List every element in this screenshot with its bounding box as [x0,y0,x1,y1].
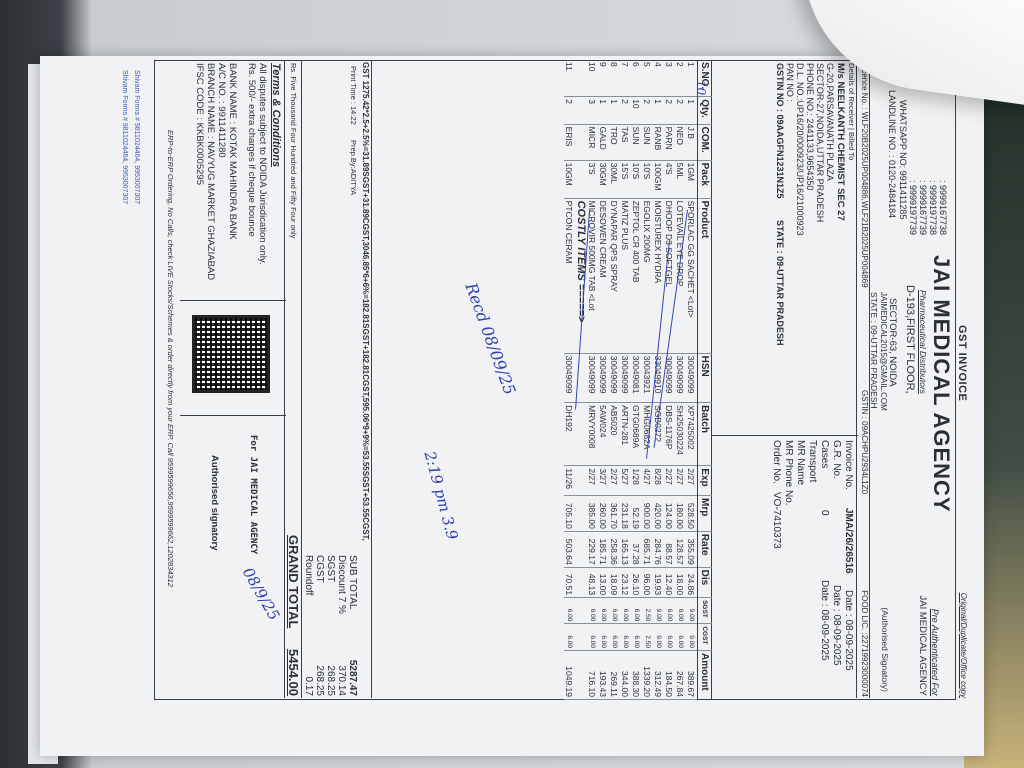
cell-qty: 2 [564,97,575,124]
erp-note: ERP-to-ERP Ordering, No Calls, check LIV… [166,130,175,587]
cell-amount: 388.30 [631,650,642,699]
table-row: 11J.B1GMSPORLAC GG SACHET <Lot>30049099X… [686,60,698,700]
cell-com: RANB [653,124,664,160]
receiver-label: Details of Receiver | Billed To [847,63,856,160]
cell-amount: 389.67 [686,650,698,699]
copy-label: Original/Duplicate/Office copy [959,593,968,698]
cell-sgst: 9.00 [686,598,698,624]
cell-cgst [575,624,587,651]
authorised-signatory: Authorised signatory [209,455,220,551]
bank-details: BANK NAME : KOTAK MAHINDRA BANK A/C NO. … [194,63,238,280]
cell-exp: 2/27 [664,466,675,496]
cell-rate: 165.13 [620,531,631,567]
cell-com: SUN [642,124,653,160]
cell-sgst: 6.00 [620,598,631,624]
cell-sno: 7 [620,60,631,97]
cell-exp: 5/27 [620,466,631,496]
cell-amount: 1049.19 [564,650,575,699]
cell-batch: AB5020 [609,403,620,466]
cell-sgst: 6.00 [598,598,609,624]
cell-sgst [575,598,587,624]
cell-cgst: 9.00 [686,624,698,651]
cell-sno [575,60,587,97]
cell-exp: 1/28 [631,466,642,496]
receiver-gstin: GSTIN NO : 09AAGFN1231N1Z5 [775,63,785,199]
cell-pack: 4'S [664,160,675,198]
cell-dis: 96.00 [642,567,653,597]
cell-rate: 258.36 [609,531,620,567]
company-email: JAIMEDICAL2015@GMAIL.COM [879,292,888,411]
receiver-dl-no: D.L. NO.:UP16/20/000923/UP16/21000923 [795,63,805,236]
invoice-date: Date : 08-09-2025 [843,590,854,671]
cell-hsn: 30049099 [620,353,631,403]
cell-batch: DH192 [564,403,575,466]
address-line1: D-193,FIRST FLOOR, [904,285,916,394]
doc-type: GST INVOICE [956,325,968,401]
cell-qty: 2 [675,97,686,124]
table-row: 22NEO5MLLOTEVAIL EYE DROP30049099SH25030… [675,60,686,700]
cell-exp: 2/27 [587,466,598,496]
cell-dis: 26.10 [631,567,642,597]
phone-3: : 9999167739 [918,180,928,235]
table-header-row: S.NO. Qty. COM. Pack Product HSN Batch E… [698,60,712,700]
cell-sno: 4 [653,60,664,97]
cell-cgst: 6.00 [587,624,598,651]
cell-dis: 24.86 [686,567,698,597]
col-sgst: SGST [698,598,712,624]
authorised-signatory-note: (Authorised Signatory) [880,607,890,692]
cell-sno: 6 [631,60,642,97]
pre-auth-name: JAI MEDICAL AGENCY [917,596,928,696]
cell-com: GALD [598,124,609,160]
col-dis: Dis [698,567,712,597]
invoice-no: JMA/26/26516 [843,508,854,574]
cell-hsn: 30049099 [598,353,609,403]
cases-date: Date : 08-09-2025 [819,580,830,661]
cell-com: TRO [609,124,620,160]
terms-line-2: Rs. 500/- extra charges if cheque bounce [246,63,257,237]
cell-dis [575,567,587,597]
table-row: 72TAS15'SMATIZ PLUS30049099ARTN-2815/272… [620,60,631,700]
cell-dis: 70.51 [564,567,575,597]
receiver-address1: G-20,PARSAVANATH PLAZA [825,63,835,181]
totals-labels: SUB TOTAL Discount 7 % SGST CGST Roundof… [303,555,358,614]
col-amount: Amount [698,650,712,699]
cell-rate: 185.71 [598,531,609,567]
gr-date: Date : 08-09-2025 [831,585,842,666]
cell-product: DESOWEN CREAM [598,198,609,353]
cell-exp: 2/27 [675,466,686,496]
cell-pack: 100GM [653,160,664,198]
cell-sno: 10 [587,60,598,97]
cell-com: SUN [631,124,642,160]
col-exp: Exp [698,466,712,496]
cell-amount: 184.50 [664,650,675,699]
cell-rate: 284.76 [653,531,664,567]
handwritten-qty-note: 10 [694,80,708,95]
cell-com: TAS [620,124,631,160]
cell-pack: 10GM [564,160,575,198]
licence-no: Licence No. : WLF20B2025UP004886,WLF21B2… [860,63,869,288]
cell-mrp: 231.18 [620,495,631,531]
cell-sgst: 9.00 [653,598,664,624]
cell-cgst: 6.00 [631,624,642,651]
cell-sgst: 6.00 [631,598,642,624]
cell-batch [575,403,587,466]
whatsapp-row: WHATSAPP NO: 9911411285 [898,100,908,219]
cell-mrp [575,495,587,531]
col-rate: Rate [698,531,712,567]
receiver-state: STATE : 09-UTTAR PRADESH [775,220,785,346]
cell-hsn: 30049099 [675,353,686,403]
cell-rate: 128.57 [675,531,686,567]
cell-cgst: 9.00 [653,624,664,651]
cell-qty: 1 [598,97,609,124]
cell-amount: 716.10 [587,650,598,699]
cell-exp: 4/27 [642,466,653,496]
items-table: S.NO. Qty. COM. Pack Product HSN Batch E… [564,60,712,700]
cell-sgst: 6.00 [564,598,575,624]
cell-product: PTCON CERAM [564,198,575,353]
cell-dis: 18.09 [609,567,620,597]
cell-batch: MRVY0008 [587,403,598,466]
cell-rate: 355.09 [686,531,698,567]
cell-rate: 88.57 [664,531,675,567]
payment-qr-code [192,315,270,393]
terms-line-1: All disputes subject to NOIDA Jurisdicat… [257,63,268,265]
cell-batch: SH25030224 [675,403,686,466]
grand-total-value: 5454.00 [286,649,301,696]
cell-mrp: 52.19 [631,495,642,531]
sign-divider [180,415,286,416]
col-pack: Pack [698,160,712,198]
cell-batch: GTG0689A [631,403,642,466]
order-no: VO-7410373 [771,492,782,549]
grand-total-label: GRAND TOTAL [286,535,301,628]
cell-pack: 30GM [598,160,609,198]
cell-sgst: 6.00 [675,598,686,624]
cell-cgst: 6.00 [620,624,631,651]
cell-pack: 1GM [686,160,698,198]
table-empty-area [371,60,550,698]
cell-sno: 9 [598,60,609,97]
cell-cgst: 6.00 [675,624,686,651]
cell-qty: 1 [686,97,698,124]
pre-auth-label: Pre Authenticated For [930,609,940,696]
cell-mrp: 900.00 [642,495,653,531]
cell-pack: 3'S [587,160,598,198]
cell-dis: 23.12 [620,567,631,597]
cell-product: ZEPTOL CR 400 TAB [631,198,642,353]
gst-invoice: GST INVOICE Original/Duplicate/Office co… [90,60,970,700]
cell-cgst: 6.00 [564,624,575,651]
cell-qty: 10 [631,97,642,124]
cell-com: J.B [686,124,698,160]
food-licence: FOOD LIC. :22719923000074 [860,590,869,697]
cases-value: 0 [819,510,830,516]
col-mrp: Mrp [698,495,712,531]
cell-com: ERIS [564,124,575,160]
cell-amount: 193.43 [598,650,609,699]
cell-rate: 229.17 [587,531,598,567]
table-row: 52SUN10'SEGOLIX 200MG30043921MHG0682A4/2… [642,60,653,700]
cell-hsn: 30049099 [587,353,598,403]
receiver-address2: SECTOR-27,NOIDA,UTTAR PRADESH [815,63,825,222]
cell-com: MICR [587,124,598,160]
phone-4: : 9999197739 [908,180,918,235]
col-qty: Qty. [698,97,712,124]
cell-rate: 503.64 [564,531,575,567]
cell-sno: 5 [642,60,653,97]
table-row: 32PARN4'SDHOOP D3 SOFTGEL30049099DBS-117… [664,60,675,700]
cell-qty [575,97,587,124]
cell-rate: 37.28 [631,531,642,567]
cell-com: PARN [664,124,675,160]
cell-amount: 267.84 [675,650,686,699]
cell-qty: 2 [664,97,675,124]
printer-credit-2: Shivam Forms # 9811024464, 9953007307 [121,70,128,204]
phone-1: : 9999167738 [938,180,948,235]
table-row: 103MICR3'SMICROVIR 500MG TAB <Lot3004909… [587,60,598,700]
col-com: COM. [698,124,712,160]
cell-pack: 30ML [609,160,620,198]
cell-exp: 11/26 [564,466,575,496]
totals-values: 5287.47 370.14 268.25 268.25 0.17 [303,660,358,696]
cell-mrp: 260.00 [598,495,609,531]
cell-hsn: 30049099 [609,353,620,403]
cell-mrp: 124.00 [664,495,675,531]
cell-rate: 685.71 [642,531,653,567]
cell-batch: ARTN-281 [620,403,631,466]
cell-amount: 1339.20 [642,650,653,699]
receiver-pan: PAN NO : [785,63,795,102]
cell-batch: 5AW024 [598,403,609,466]
cell-hsn: 30049099 [686,353,698,403]
table-row: 112ERIS10GMPTCON CERAM30049099DH19211/26… [564,60,575,700]
cell-exp: 2/27 [686,466,698,496]
cell-dis: 12.40 [664,567,675,597]
cell-product: DYNAPAR QPS SPRAY [609,198,620,353]
table-row: 81TRO30MLDYNAPAR QPS SPRAY30049099AB5020… [609,60,620,700]
cell-amount: 312.49 [653,650,664,699]
cell-mrp: 385.00 [587,495,598,531]
cell-cgst: 2.50 [642,624,653,651]
cell-cgst: 6.00 [664,624,675,651]
for-company: For JAI MEDICAL AGENCY [248,435,258,554]
cell-pack [575,160,587,198]
cell-qty: 3 [587,97,598,124]
cell-pack: 10'S [642,160,653,198]
phone-2: : 9999197738 [928,180,938,235]
cell-amount: 344.00 [620,650,631,699]
cell-mrp: 420.00 [653,495,664,531]
cell-amount [575,650,587,699]
cell-sgst: 6.00 [664,598,675,624]
receiver-phone: PHONE NO.: 2441133,9654350 [805,63,815,190]
cell-amount: 269.11 [609,650,620,699]
col-batch: Batch [698,403,712,466]
cell-batch: XP7425002 [686,403,698,466]
cell-sgst: 6.00 [609,598,620,624]
cell-com [575,124,587,160]
cell-mrp: 361.70 [609,495,620,531]
cell-sno: 8 [609,60,620,97]
cell-hsn: 30049081 [631,353,642,403]
cell-mrp: 180.00 [675,495,686,531]
company-state: STATE : 09-UTTAR PRADESH [869,292,879,409]
cell-exp: 3/27 [598,466,609,496]
cell-sno: 11 [564,60,575,97]
cell-sno: 3 [664,60,675,97]
cell-batch: DBS-1176P [664,403,675,466]
cell-dis: 13.00 [598,567,609,597]
cell-cgst: 6.00 [598,624,609,651]
cell-qty: 1 [653,97,664,124]
cell-sno: 2 [675,60,686,97]
company-tagline: Pharmaceutical Distributors [918,290,928,394]
prepared-by: Prep.By:ADITYA [349,140,358,195]
cell-qty: 2 [620,97,631,124]
receiver-name: M/s NEELKANTH CHEMIST SEC 27 [835,63,846,221]
table-row: 610SUN10'SZEPTOL CR 400 TAB30049081GTG06… [631,60,642,700]
cell-product: EGOLIX 200MG [642,198,653,353]
landline-row: LANDLINE NO. : 0120-2484184 [887,90,897,218]
cell-dis: 18.00 [675,567,686,597]
invoice-meta-labels: Invoice No. G.R. No. Cases Transport MR … [770,440,854,506]
cell-pack: 15'S [620,160,631,198]
company-name: JAI MEDICAL AGENCY [928,255,954,513]
col-cgst: CGST [698,624,712,651]
cell-rate [575,531,587,567]
cell-mrp: 528.50 [686,495,698,531]
phone-list: : 9999167738 : 9999197738 : 9999167739 :… [908,180,948,235]
cell-sgst: 2.50 [642,598,653,624]
cell-mrp: 705.10 [564,495,575,531]
table-row: 91GALD30GMDESOWEN CREAM300490995AW0243/2… [598,60,609,700]
cell-qty: 1 [609,97,620,124]
cell-cgst: 6.00 [609,624,620,651]
col-hsn: HSN [698,353,712,403]
qr-divider [180,300,286,301]
cell-product: MATIZ PLUS [620,198,631,353]
cell-exp [575,466,587,496]
cell-exp: 8/28 [653,466,664,496]
gst-breakup: GST 1275.42*2.5+2.5%=31.89SGST+31.89CGST… [361,62,370,541]
cell-qty: 2 [642,97,653,124]
cell-pack: 10'S [631,160,642,198]
cell-hsn: 30043921 [642,353,653,403]
col-product: Product [698,198,712,353]
terms-title: Terms & Conditions [270,63,282,167]
cell-dis: 19.93 [653,567,664,597]
printer-credit-1: Shivam Forms # 9811024464, 9953007307 [133,70,140,204]
address-line2: SECTOR-63, NOIDA [887,298,898,387]
cell-hsn: 30049099 [564,353,575,403]
cell-exp: 2/27 [609,466,620,496]
cell-dis: 48.13 [587,567,598,597]
cell-sgst: 6.00 [587,598,598,624]
cell-com: NEO [675,124,686,160]
cell-pack: 5ML [675,160,686,198]
cell-product: SPORLAC GG SACHET <Lot> [686,198,698,353]
amount-in-words: Rs. Five Thousand Four Hundred and Fifty… [289,63,298,238]
company-gstin: GSTIN : 09ACHPU2934L1Z0 [860,390,869,494]
meta-divider [712,435,858,436]
print-time: Print Time : 14:22 [349,66,358,125]
